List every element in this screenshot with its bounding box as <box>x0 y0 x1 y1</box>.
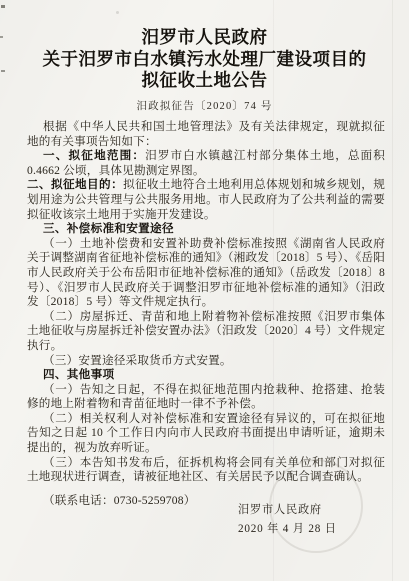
paragraph: （一）告知之日起，不得在拟征地范围内抢栽种、抢搭建、抢装修的地上附着物和青苗征地… <box>27 383 385 412</box>
scanned-notice-page: 汨罗市人民政府 关于汨罗市白水镇污水处理厂建设项目的 拟征收土地公告 汨政拟征告… <box>0 0 409 581</box>
paragraph: （二）相关权利人对补偿标准和安置途径有异议的，可在拟征地告知之日起 10 个工作… <box>27 412 385 456</box>
paragraph: （三）安置途径采取货币方式安置。 <box>27 354 385 369</box>
paragraph: 根据《中华人民共和国土地管理法》及有关法律规定，现就拟征地的有关事项告知如下： <box>27 120 385 149</box>
title-line-3: 拟征收土地公告 <box>0 70 409 92</box>
issue-date: 2020 年 4 月 28 日 <box>238 520 337 539</box>
section-heading: 一、拟征地范围： <box>43 149 145 162</box>
scan-speck <box>1 5 5 8</box>
scan-speck <box>0 36 3 38</box>
section-heading: 四、其他事项 <box>43 368 114 381</box>
title-line-1: 汨罗市人民政府 <box>0 27 409 49</box>
scan-speck <box>116 11 119 14</box>
signature-block: 汨罗市人民政府 2020 年 4 月 28 日 <box>238 501 337 538</box>
paragraph: 一、拟征地范围：汨罗市白水镇越江村部分集体土地，总面积 0.4662 公顷，具体… <box>27 149 385 178</box>
paragraph: （一）土地补偿费和安置补助费补偿标准按照《湖南省人民政府关于调整湖南省征地补偿标… <box>27 237 385 310</box>
paragraph: （二）房屋拆迁、青苗和地上附着物补偿标准按照《汨罗市集体土地征收与房屋拆迁补偿安… <box>27 310 385 354</box>
document-number: 汨政拟征告〔2020〕74 号 <box>0 98 409 113</box>
section-heading: 二、拟征地目的： <box>27 178 123 191</box>
paragraph: 二、拟征地目的：拟征收土地符合土地利用总体规划和城乡规划，规划用途为公共管理与公… <box>27 178 385 222</box>
notice-body: 根据《中华人民共和国土地管理法》及有关法律规定，现就拟征地的有关事项告知如下：一… <box>27 120 385 508</box>
scan-speck <box>1 70 5 72</box>
issuer-name: 汨罗市人民政府 <box>238 501 337 520</box>
page-edge-line <box>392 0 393 581</box>
paragraph: （三）本告知书发布后，征拆机构将会同有关单位和部门对拟征土地现状进行调查，请被征… <box>27 456 385 485</box>
section-heading: 三、补偿标准和安置途径 <box>43 222 174 235</box>
paragraph: 四、其他事项 <box>27 368 385 383</box>
document-title: 汨罗市人民政府 关于汨罗市白水镇污水处理厂建设项目的 拟征收土地公告 <box>0 0 409 92</box>
paragraph: 三、补偿标准和安置途径 <box>27 222 385 237</box>
title-line-2: 关于汨罗市白水镇污水处理厂建设项目的 <box>0 49 409 71</box>
